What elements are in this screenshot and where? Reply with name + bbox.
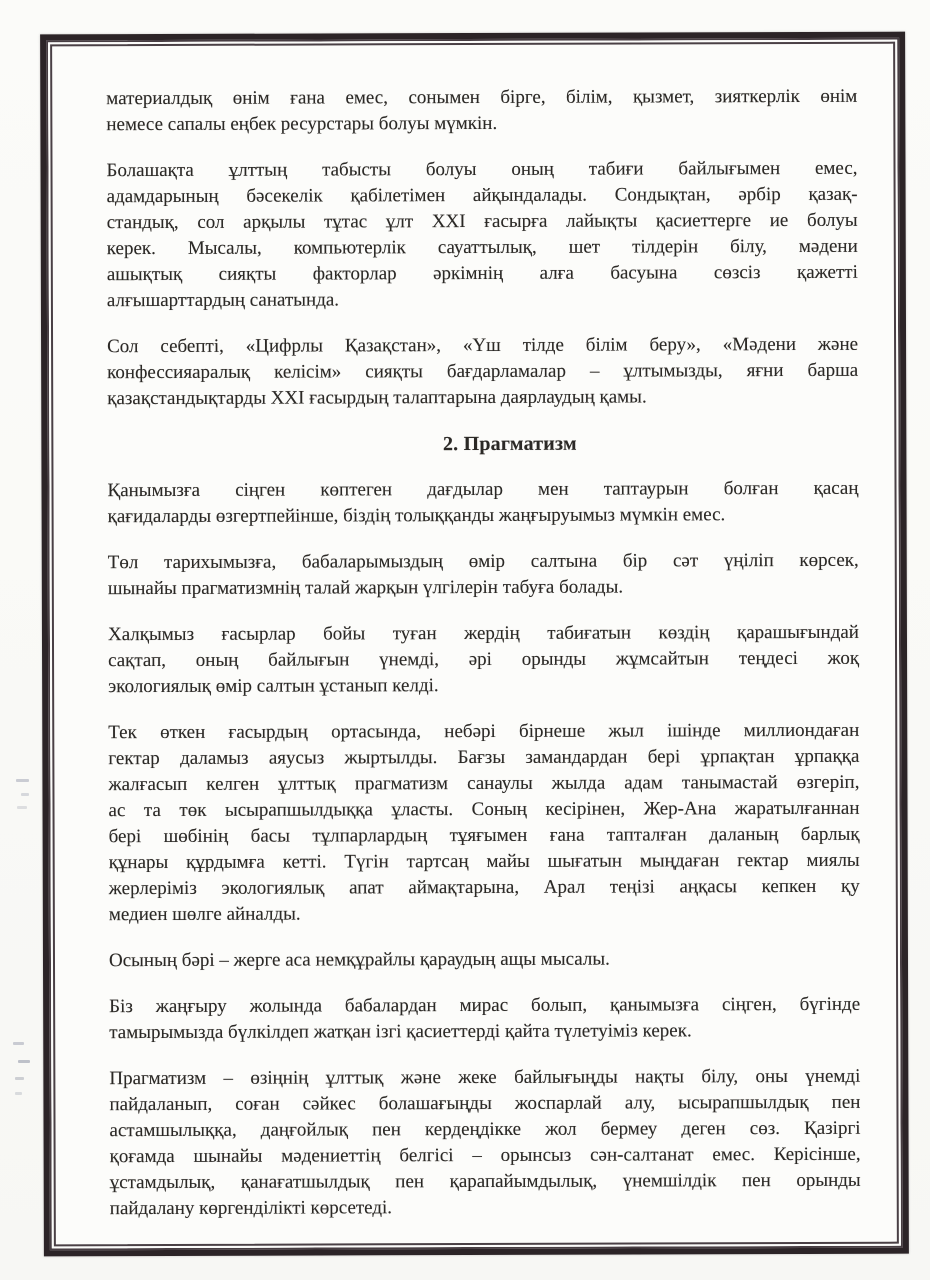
text-line: Тек өткен ғасырдың ортасында, небәрі бір…: [108, 718, 859, 746]
scanned-document-page: материалдық өнім ғана емес, сонымен бірг…: [0, 0, 930, 1280]
paragraph: Прагматизм – өзіңнің ұлттық және жеке ба…: [109, 1064, 860, 1222]
text-line: бері шөбінің басы тұлпарлардың тұяғымен …: [109, 822, 860, 850]
paragraph: Осының бәрі – жерге аса немқұрайлы қарау…: [109, 946, 860, 974]
text-line: Прагматизм – өзіңнің ұлттық және жеке ба…: [109, 1064, 860, 1092]
text-line: ұстамдылық, қанағатшылдық пен қарапайымд…: [110, 1168, 861, 1196]
scan-artifact: [15, 1077, 24, 1080]
text-line: экологиялық өмір салтын ұстанып келді.: [108, 672, 859, 700]
paragraph: Қанымызға сіңген көптеген дағдылар мен т…: [107, 476, 858, 530]
text-line: Төл тарихымызға, бабаларымыздың өмір сал…: [108, 548, 859, 576]
text-line: пайдалану көргенділікті көрсетеді.: [110, 1194, 861, 1222]
text-line: пайдаланып, соған сәйкес болашағыңды жос…: [109, 1090, 860, 1118]
text-line: қағидаларды өзгертпейінше, біздің толыққ…: [108, 502, 859, 530]
section-heading: 2. Прагматизм: [134, 430, 885, 458]
text-line: Болашақта ұлттың табысты болуы оның таби…: [106, 156, 857, 184]
text-line: стандық, сол арқылы тұтас ұлт XXI ғасырғ…: [107, 208, 858, 236]
text-line: медиен шөлге айналды.: [109, 900, 860, 928]
text-line: қазақстандықтарды XXI ғасырдың талаптары…: [107, 384, 858, 412]
text-line: керек. Мысалы, компьютерлік сауаттылық, …: [107, 234, 858, 262]
text-line: Қанымызға сіңген көптеген дағдылар мен т…: [107, 476, 858, 504]
paragraph: Тек өткен ғасырдың ортасында, небәрі бір…: [108, 718, 860, 928]
text-line: астамшылыққа, даңғойлық пен кердеңдікке …: [109, 1116, 860, 1144]
paragraph: Төл тарихымызға, бабаларымыздың өмір сал…: [108, 548, 859, 602]
paragraph: материалдық өнім ғана емес, сонымен бірг…: [106, 84, 857, 138]
scan-artifact: [18, 1060, 30, 1063]
text-line: алғышарттардың санатында.: [107, 286, 858, 314]
scan-artifact: [21, 793, 29, 796]
scan-artifact: [13, 1042, 24, 1045]
text-line: конфессияаралық келісім» сияқты бағдарла…: [107, 358, 858, 386]
paragraph: Халқымыз ғасырлар бойы туған жердің таби…: [108, 620, 859, 700]
text-line: ас та төк ысырапшылдыққа ұласты. Соның к…: [108, 796, 859, 824]
text-line: адамдарының бәсекелік қабілетімен айқынд…: [107, 182, 858, 210]
scan-artifact: [17, 806, 27, 809]
page-border-frame: материалдық өнім ғана емес, сонымен бірг…: [40, 32, 909, 1257]
text-line: қоғамда шынайы мәдениеттің белгісі – оры…: [110, 1142, 861, 1170]
text-line: Осының бәрі – жерге аса немқұрайлы қарау…: [109, 946, 860, 974]
text-line: шынайы прагматизмнің талай жарқын үлгіле…: [108, 574, 859, 602]
page-border-inner-line: материалдық өнім ғана емес, сонымен бірг…: [46, 38, 903, 1251]
text-line: Сол себепті, «Цифрлы Қазақстан», «Үш тіл…: [107, 332, 858, 360]
scan-artifact: [15, 1092, 22, 1095]
text-line: материалдық өнім ғана емес, сонымен бірг…: [106, 84, 857, 112]
scan-artifact: [16, 779, 29, 782]
text-line: тамырымызда бүлкілдеп жатқан ізгі қасиет…: [109, 1018, 860, 1046]
text-line: Біз жаңғыру жолында бабалардан мирас бол…: [109, 992, 860, 1020]
paragraph: Біз жаңғыру жолында бабалардан мирас бол…: [109, 992, 860, 1046]
text-line: құнары құрдымға кетті. Түгін тартсаң май…: [109, 848, 860, 876]
paragraph: Сол себепті, «Цифрлы Қазақстан», «Үш тіл…: [107, 332, 858, 412]
text-line: Халқымыз ғасырлар бойы туған жердің таби…: [108, 620, 859, 648]
text-line: немесе сапалы еңбек ресурстары болуы мүм…: [106, 110, 857, 138]
text-line: жерлеріміз экологиялық апат аймақтарына,…: [109, 874, 860, 902]
text-line: ашықтық сияқты факторлар әркімнің алға б…: [107, 260, 858, 288]
text-line: сақтап, оның байлығын үнемді, әрі орынды…: [108, 646, 859, 674]
text-line: жалғасып келген ұлттық прагматизм санаул…: [108, 770, 859, 798]
paragraph: Болашақта ұлттың табысты болуы оның таби…: [106, 156, 857, 314]
text-line: гектар даламыз аяусыз жыртылды. Бағзы за…: [108, 744, 859, 772]
document-blocks: материалдық өнім ғана емес, сонымен бірг…: [52, 44, 897, 1245]
